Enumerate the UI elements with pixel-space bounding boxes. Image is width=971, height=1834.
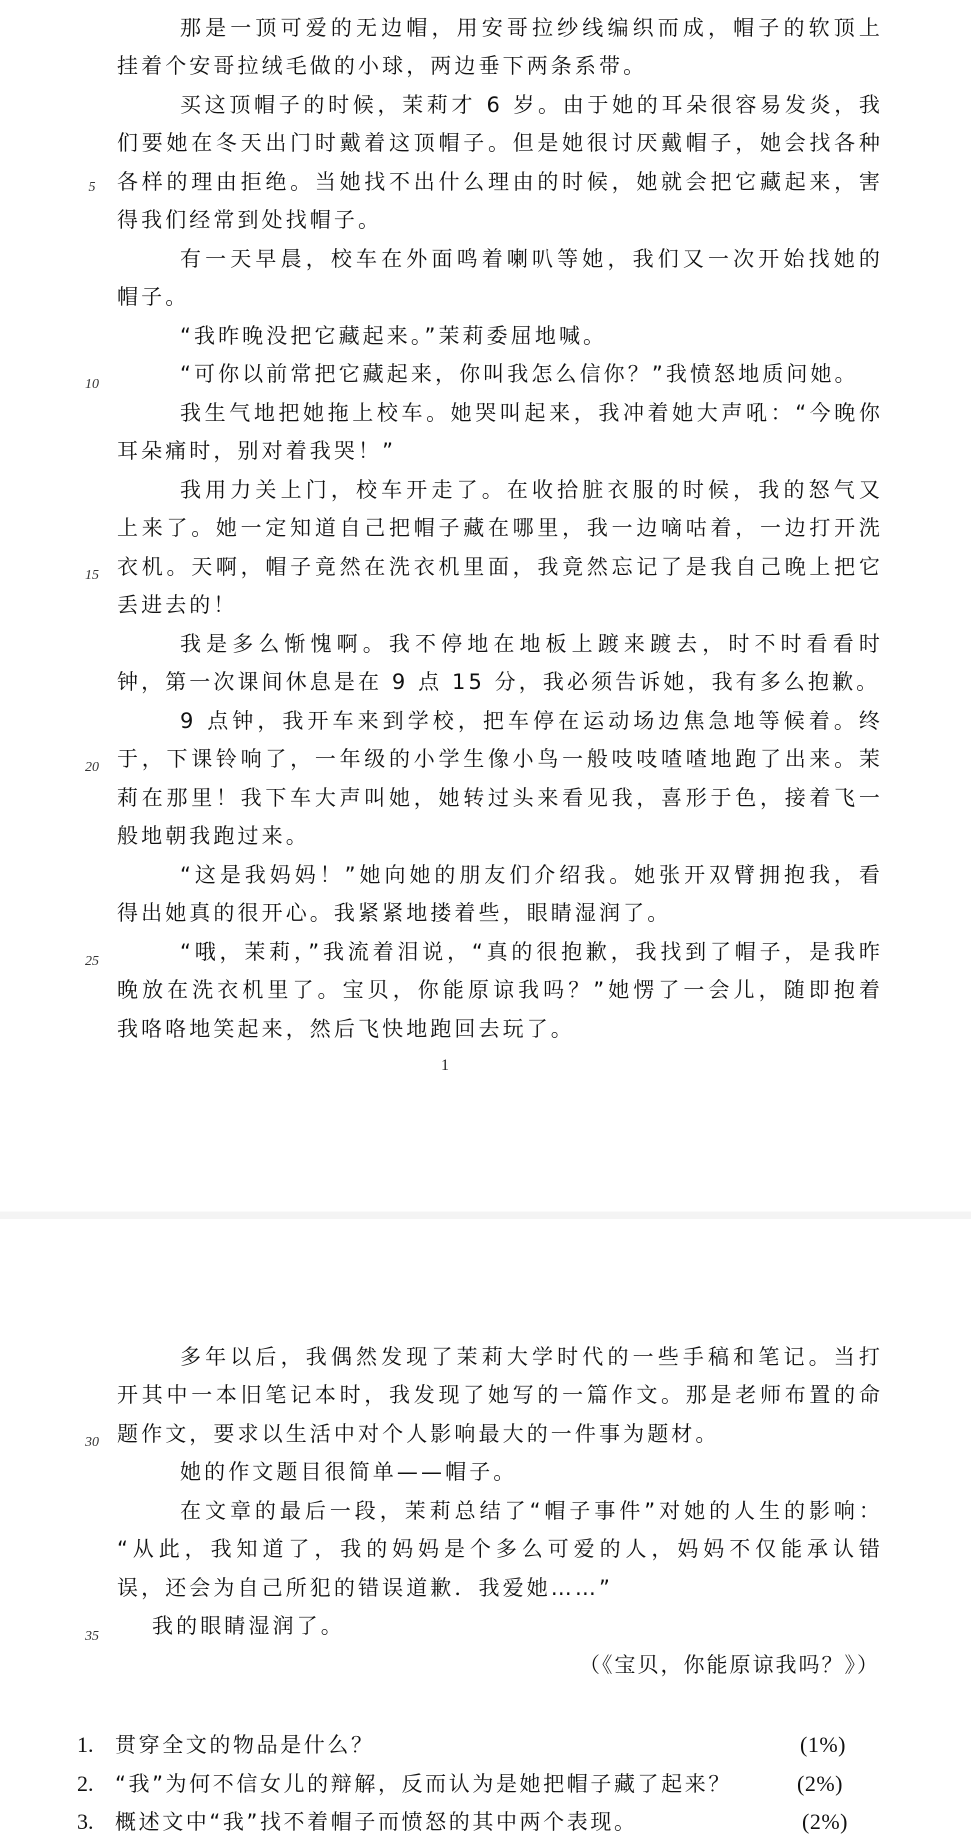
question-score: (1%) xyxy=(800,1726,846,1764)
text-line: 们要她在冬天出门时戴着这顶帽子。但是她很讨厌戴帽子，她会找各种 xyxy=(117,124,883,162)
text-line: 题作文，要求以生活中对个人影响最大的一件事为题材。 xyxy=(117,1415,883,1453)
text-line: 9 点钟，我开车来到学校，把车停在运动场边焦急地等候着。终 xyxy=(180,702,883,740)
text-line: “哦，茉莉，”我流着泪说，“真的很抱歉，我找到了帽子，是我昨 xyxy=(180,933,883,971)
source-citation: （《宝贝，你能原谅我吗？》） xyxy=(540,1646,880,1684)
text-line: “这是我妈妈！”她向她的朋友们介绍我。她张开双臂拥抱我，看 xyxy=(180,856,883,894)
text-line: 那是一顶可爱的无边帽，用安哥拉纱线编织而成，帽子的软顶上 xyxy=(180,9,883,47)
question-score: (2%) xyxy=(802,1803,848,1834)
question-text: “我”为何不信女儿的辩解，反而认为是她把帽子藏了起来？ xyxy=(115,1765,732,1803)
line-number: 5 xyxy=(82,178,102,198)
page-number: 1 xyxy=(430,1057,460,1075)
text-line: 耳朵痛时，别对着我哭！” xyxy=(117,432,883,470)
text-line: 钟，第一次课间休息是在 9 点 15 分，我必须告诉她，我有多么抱歉。 xyxy=(117,663,883,701)
line-number: 20 xyxy=(82,758,102,778)
text-line: 有一天早晨，校车在外面鸣着喇叭等她，我们又一次开始找她的 xyxy=(180,240,883,278)
text-line: 买这顶帽子的时候，茉莉才 6 岁。由于她的耳朵很容易发炎，我 xyxy=(180,86,883,124)
document-page-1: 那是一顶可爱的无边帽，用安哥拉纱线编织而成，帽子的软顶上 挂着个安哥拉绒毛做的小… xyxy=(0,0,971,1211)
text-line: 开其中一本旧笔记本时，我发现了她写的一篇作文。那是老师布置的命 xyxy=(117,1376,883,1414)
question-item: 1. 贯穿全文的物品是什么？ (1%) xyxy=(0,1726,971,1764)
question-number: 3. xyxy=(77,1803,94,1834)
text-line: 于，下课铃响了，一年级的小学生像小鸟一般吱吱喳喳地跑了出来。茉 xyxy=(117,740,883,778)
text-line: 挂着个安哥拉绒毛做的小球，两边垂下两条系带。 xyxy=(117,47,883,85)
text-line: 我的眼睛湿润了。 xyxy=(152,1607,883,1645)
text-line: 误，还会为自己所犯的错误道歉．我爱她……” xyxy=(117,1569,883,1607)
text-line: 晚放在洗衣机里了。宝贝，你能原谅我吗？”她愣了一会儿，随即抱着 xyxy=(117,971,883,1009)
text-line: 我是多么惭愧啊。我不停地在地板上踱来踱去，时不时看看时 xyxy=(180,625,883,663)
question-score: (2%) xyxy=(797,1765,843,1803)
text-line: 我咯咯地笑起来，然后飞快地跑回去玩了。 xyxy=(117,1010,883,1048)
text-line: 莉在那里！我下车大声叫她，她转过头来看见我，喜形于色，接着飞一 xyxy=(117,779,883,817)
text-line: 我生气地把她拖上校车。她哭叫起来，我冲着她大声吼：“今晚你 xyxy=(180,394,883,432)
line-number: 35 xyxy=(82,1627,102,1647)
question-number: 1. xyxy=(77,1726,94,1764)
question-item: 2. “我”为何不信女儿的辩解，反而认为是她把帽子藏了起来？ (2%) xyxy=(0,1765,971,1803)
text-line: 上来了。她一定知道自己把帽子藏在哪里，我一边嘀咕着，一边打开洗 xyxy=(117,509,883,547)
text-line: “可你以前常把它藏起来，你叫我怎么信你？”我愤怒地质问她。 xyxy=(180,355,883,393)
question-item: 3. 概述文中“我”找不着帽子而愤怒的其中两个表现。 (2%) xyxy=(0,1803,971,1834)
question-number: 2. xyxy=(77,1765,94,1803)
text-line: 在文章的最后一段，茉莉总结了“帽子事件”对她的人生的影响： xyxy=(180,1492,883,1530)
text-line: “我昨晚没把它藏起来。”茉莉委屈地喊。 xyxy=(180,317,883,355)
text-line: 我用力关上门，校车开走了。在收拾脏衣服的时候，我的怒气又 xyxy=(180,471,883,509)
text-line: 多年以后，我偶然发现了茉莉大学时代的一些手稿和笔记。当打 xyxy=(180,1338,883,1376)
document-page-2: 多年以后，我偶然发现了茉莉大学时代的一些手稿和笔记。当打 开其中一本旧笔记本时，… xyxy=(0,1219,971,1834)
text-line: 帽子。 xyxy=(117,278,883,316)
text-line: 丢进去的！ xyxy=(117,586,883,624)
text-line: 得我们经常到处找帽子。 xyxy=(117,201,883,239)
line-number: 15 xyxy=(82,566,102,586)
line-number: 10 xyxy=(82,375,102,395)
question-text: 概述文中“我”找不着帽子而愤怒的其中两个表现。 xyxy=(115,1803,638,1834)
question-text: 贯穿全文的物品是什么？ xyxy=(115,1726,375,1764)
line-number: 25 xyxy=(82,952,102,972)
text-line: 她的作文题目很简单——帽子。 xyxy=(180,1453,883,1491)
text-line: “从此，我知道了，我的妈妈是个多么可爱的人，妈妈不仅能承认错 xyxy=(117,1530,883,1568)
text-line: 衣机。天啊，帽子竟然在洗衣机里面，我竟然忘记了是我自己晚上把它 xyxy=(117,548,883,586)
line-number: 30 xyxy=(82,1433,102,1453)
text-line: 得出她真的很开心。我紧紧地搂着些，眼睛湿润了。 xyxy=(117,894,883,932)
text-line: 般地朝我跑过来。 xyxy=(117,817,883,855)
text-line: 各样的理由拒绝。当她找不出什么理由的时候，她就会把它藏起来，害 xyxy=(117,163,883,201)
